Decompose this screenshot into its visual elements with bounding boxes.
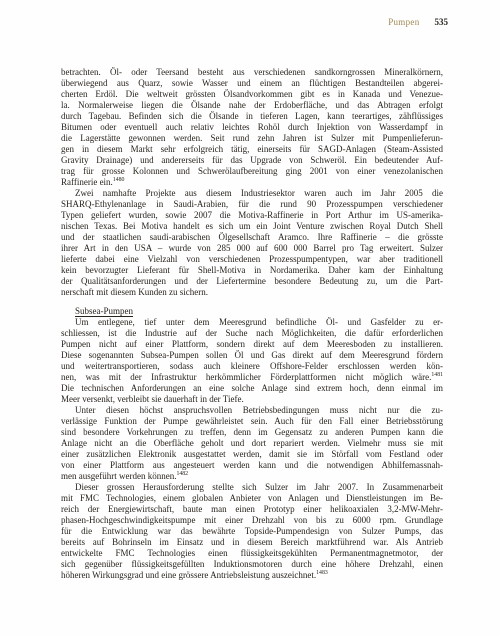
text-line: höheren Wirkungsgrad und eine grössere A… — [61, 570, 443, 581]
text-column: betrachten. Öl- oder Teersand besteht au… — [61, 67, 443, 581]
text-line: und weitertransportieren, sodass auch kl… — [61, 361, 443, 372]
text-line: Diese sogenannten Subsea-Pumpen sollen Ö… — [61, 350, 443, 361]
text-line: überwiegend aus Quarz, sowie Wasser und … — [61, 78, 443, 89]
text-line: der Qualitätsanforderungen und der Liefe… — [61, 276, 443, 287]
footnote-marker: 1481 — [431, 372, 443, 378]
text-line: nen, was mit der Infrastruktur herkömmli… — [61, 372, 443, 383]
text-line: Bitumen oder eventuell auch relativ leic… — [61, 122, 443, 133]
text-line: lieferte dabei eine Vielzahl von verschi… — [61, 254, 443, 265]
book-page: Pumpen 535 betrachten. Öl- oder Teersand… — [0, 0, 500, 636]
text-line: Unter diesen höchst anspruchsvollen Betr… — [61, 405, 443, 416]
text-line: bereits auf Bohrinseln im Einsatz und in… — [61, 537, 443, 548]
text-line: trag für grosse Kolonnen und Schwerölauf… — [61, 166, 443, 177]
footnote-marker: 1482 — [176, 471, 188, 477]
text-line: Die technischen Anforderungen an eine so… — [61, 383, 443, 394]
text-line: betrachten. Öl- oder Teersand besteht au… — [61, 67, 443, 78]
text-line: entwickelte FMC Technologies einen flüss… — [61, 548, 443, 559]
text-line: Dieser grossen Herausforderung stellte s… — [61, 482, 443, 493]
text-line: reich der Energiewirtschaft, baute man e… — [61, 504, 443, 515]
text-line: sind besondere Vorkehrungen zu treffen, … — [61, 427, 443, 438]
text-line: cherten Erdöl. Die weltweit grössten Öls… — [61, 89, 443, 100]
text-line: Zwei namhafte Projekte aus diesem Indust… — [61, 188, 443, 199]
text-line: Pumpen nicht auf einer Plattform, sonder… — [61, 339, 443, 350]
text-line: Gravity Drainage) und andererseits für d… — [61, 155, 443, 166]
text-line: gen in diesem Markt sehr erfolgreich tät… — [61, 144, 443, 155]
page-number: 535 — [435, 17, 449, 28]
text-line: verlässige Funktion der Pumpe gewährleis… — [61, 416, 443, 427]
text-line: ihrer Art in den USA – wurde von 285 000… — [61, 243, 443, 254]
text-line: phasen-Hochgeschwindigkeitspumpe mit ein… — [61, 515, 443, 526]
text-line: die Lagerstätte gewonnen werden. Seit ru… — [61, 133, 443, 144]
text-line: nerschaft mit diesem Kunden zu sichern. — [61, 287, 443, 298]
text-line: kein bevorzugter Lieferant für Shell-Mot… — [61, 265, 443, 276]
text-line: la. Normalerweise liegen die Ölsande nah… — [61, 100, 443, 111]
text-line: SHARQ-Ethylenanlage in Saudi-Arabien, fü… — [61, 199, 443, 210]
text-line: Raffinerie ein.1480 — [61, 177, 443, 188]
text-line: sich gegenüber flüssigkeitsgefüllten Ind… — [61, 559, 443, 570]
text-line: Meer versenkt, verbleibt sie dauerhaft i… — [61, 394, 443, 405]
subsection-heading: Subsea-Pumpen — [61, 306, 443, 317]
text-line: und der staatlichen saudi-arabischen Ölg… — [61, 232, 443, 243]
text-line: für die Entwicklung war das bewährte Top… — [61, 526, 443, 537]
footnote-marker: 1480 — [113, 177, 125, 183]
text-line: schliessen, ist die Industrie auf der Su… — [61, 328, 443, 339]
text-line: Anlage nicht an die Oberfläche geholt un… — [61, 438, 443, 449]
text-line: von einer Plattform aus angesteuert werd… — [61, 460, 443, 471]
text-line: Typen geliefert wurden, sowie 2007 die M… — [61, 210, 443, 221]
text-line: durch Tagebau. Befinden sich die Ölsande… — [61, 111, 443, 122]
text-line: nischen Texas. Bei Motiva handelt es sic… — [61, 221, 443, 232]
footnote-marker: 1483 — [316, 570, 328, 576]
running-title: Pumpen — [388, 17, 419, 28]
text-line: einer zusätzlichen Elektronik ausgestatt… — [61, 449, 443, 460]
running-head: Pumpen 535 — [388, 17, 448, 28]
text-line: mit FMC Technologies, einem globalen Anb… — [61, 493, 443, 504]
text-line: men ausgeführt werden können.1482 — [61, 471, 443, 482]
text-line: Um entlegene, tief unter dem Meeresgrund… — [61, 317, 443, 328]
